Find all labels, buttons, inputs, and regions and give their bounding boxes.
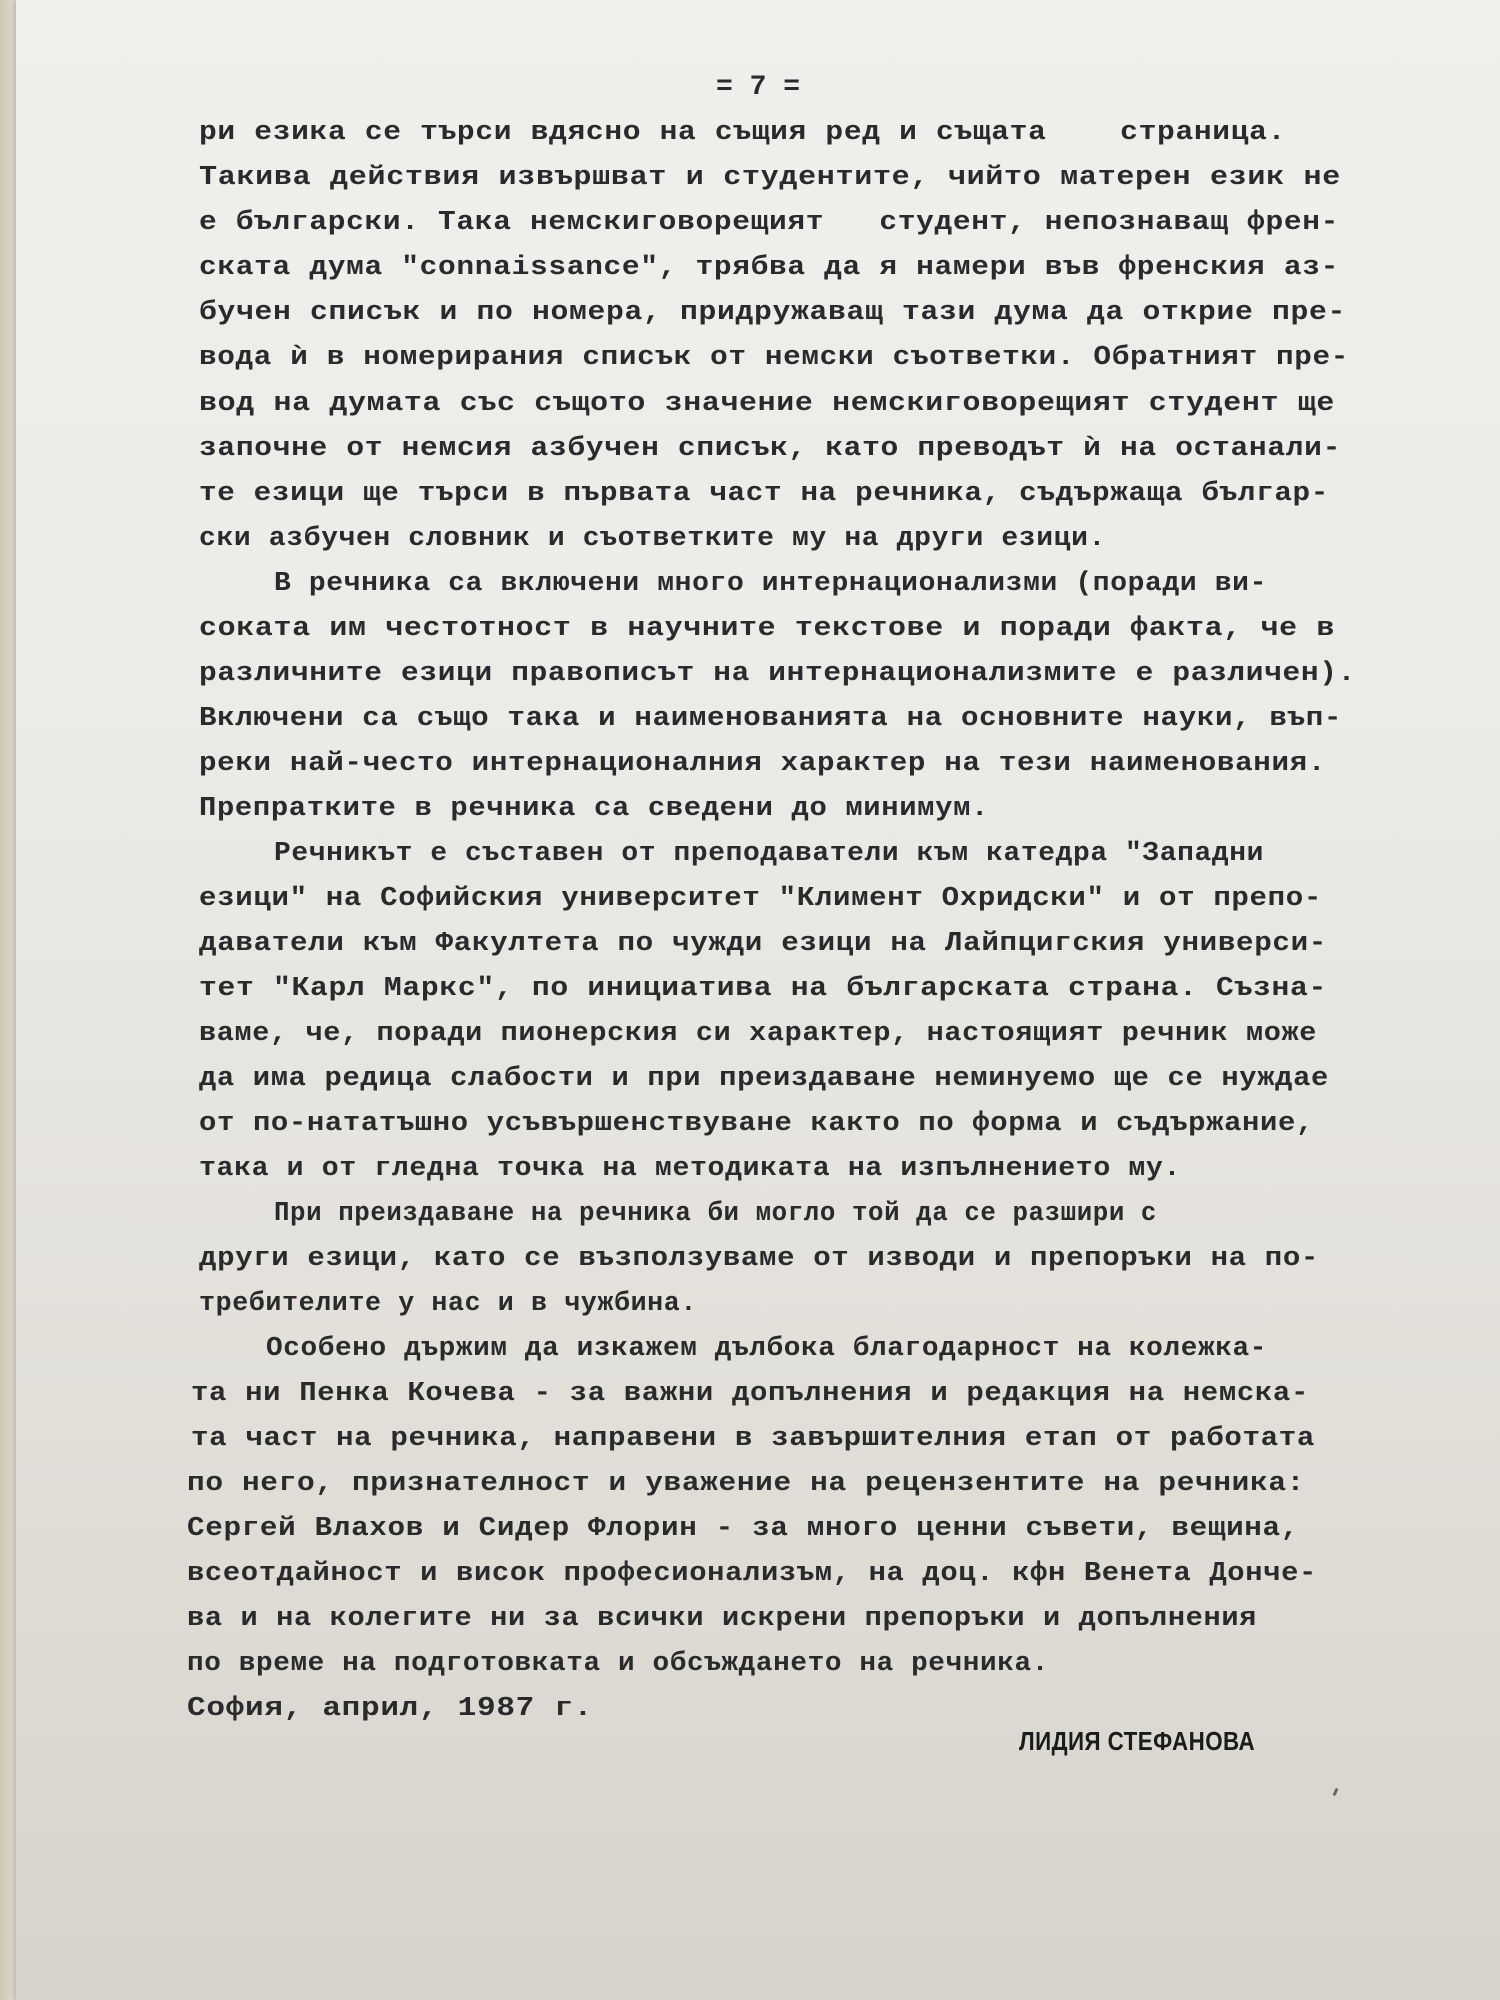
text-line: Особено държим да изкажем дълбока благод… xyxy=(266,1334,1267,1364)
text-line: ваме, че, поради пионерския си характер,… xyxy=(199,1019,1317,1049)
text-line: Такива действия извършват и студентите, … xyxy=(199,163,1341,193)
text-line: даватели към Факултета по чужди езици на… xyxy=(199,929,1327,959)
text-line: по него, признателност и уважение на рец… xyxy=(187,1469,1305,1499)
text-line: требителите у нас и в чужбина. xyxy=(199,1289,697,1319)
text-line: ва и на колегите ни за всички искрени пр… xyxy=(187,1604,1257,1634)
text-line: вод на думата със същото значение немски… xyxy=(199,389,1335,419)
text-line: та ни Пенка Кочева - за важни допълнения… xyxy=(191,1379,1309,1409)
text-line: Включени са също така и наименованията н… xyxy=(199,704,1342,734)
text-line: Речникът е съставен от преподаватели към… xyxy=(274,839,1264,869)
book-binding-edge xyxy=(0,0,16,2000)
text-line: соката им честотност в научните текстове… xyxy=(199,614,1335,644)
text-line: започне от немсия азбучен списък, като п… xyxy=(199,434,1341,464)
text-line: да има редица слабости и при преиздаване… xyxy=(199,1064,1329,1094)
text-line: При преиздаване на речника би могло той … xyxy=(274,1199,1157,1229)
text-line: София, април, 1987 г. xyxy=(187,1694,593,1724)
text-line: различните езици правописът на интернаци… xyxy=(199,659,1356,689)
text-line: езици" на Софийския университет "Климент… xyxy=(199,884,1322,914)
text-line: други езици, като се възползуваме от изв… xyxy=(199,1244,1319,1274)
text-line: от по-нататъшно усъвършенствуване както … xyxy=(199,1109,1314,1139)
author-signature: ЛИДИЯ СТЕФАНОВА xyxy=(1019,1726,1255,1757)
document-page: = 7 = ри езика се търси вдясно на същия … xyxy=(16,0,1500,2000)
text-line: Сергей Влахов и Сидер Флорин - за много … xyxy=(187,1514,1299,1544)
text-line: та част на речника, направени в завършит… xyxy=(191,1424,1315,1454)
text-line: ри езика се търси вдясно на същия ред и … xyxy=(199,118,1286,148)
text-line: ски азбучен словник и съответките му на … xyxy=(199,524,1106,554)
text-line: Препратките в речника са сведени до мини… xyxy=(199,794,989,824)
text-line: тет "Карл Маркс", по инициатива на бълга… xyxy=(199,974,1327,1004)
text-line: реки най-често интернационалния характер… xyxy=(199,749,1326,779)
text-line: вода ѝ в номерирания списък от немски съ… xyxy=(199,343,1349,373)
text-line: ската дума "connaissance", трябва да я н… xyxy=(199,253,1339,283)
text-line: по време на подготовката и обсъждането н… xyxy=(187,1649,1049,1679)
text-line: е български. Така немскиговорещият студе… xyxy=(199,208,1339,238)
text-line: В речника са включени много интернациона… xyxy=(274,569,1267,599)
text-line: бучен списък и по номера, придружаващ та… xyxy=(199,298,1346,328)
text-line: те езици ще търси в първата част на речн… xyxy=(199,479,1329,509)
text-line: всеотдайност и висок професионализъм, на… xyxy=(187,1559,1317,1589)
page-number: = 7 = xyxy=(716,72,800,103)
paper-speck xyxy=(1332,1788,1338,1797)
text-line: така и от гледна точка на методиката на … xyxy=(199,1154,1181,1184)
